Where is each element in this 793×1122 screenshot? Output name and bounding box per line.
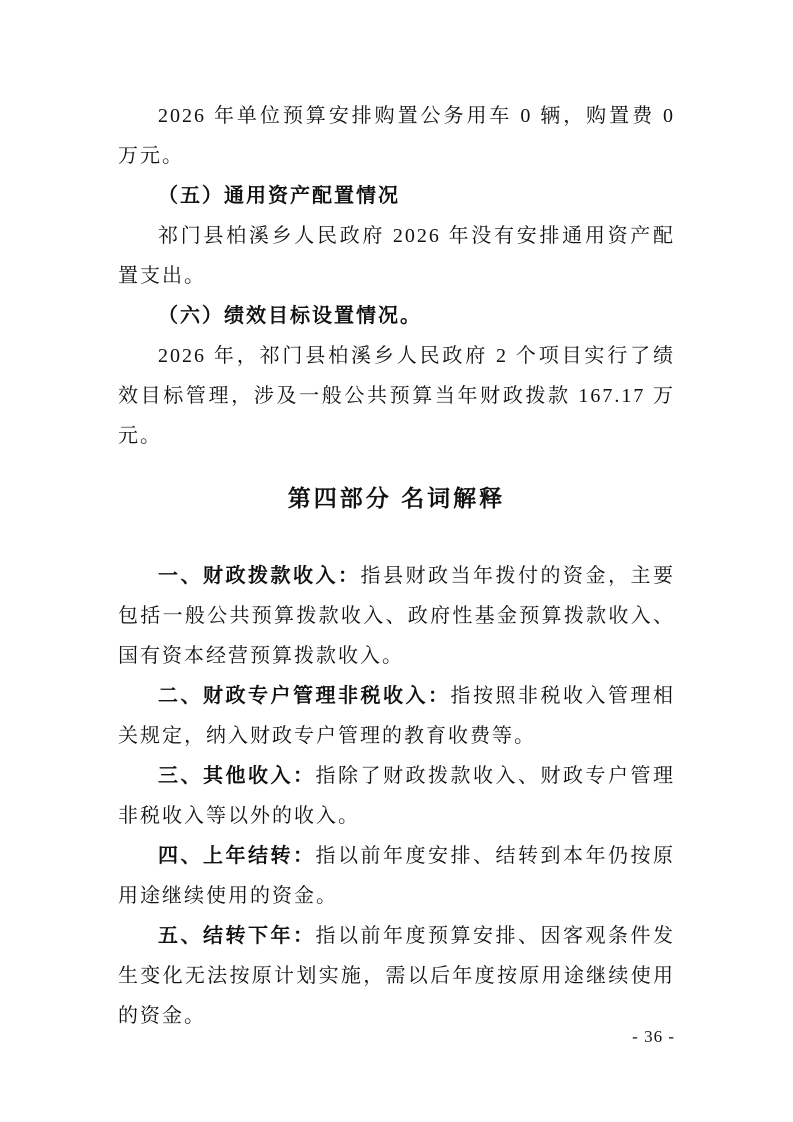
page-footer: - 36 -: [632, 1022, 675, 1052]
paragraph-performance-targets: 2026 年，祁门县柏溪乡人民政府 2 个项目实行了绩效目标管理，涉及一般公共预…: [118, 336, 675, 456]
term-carryover-from-previous-year: 四、上年结转：指以前年度安排、结转到本年仍按原用途继续使用的资金。: [118, 836, 675, 916]
term-other-income: 三、其他收入：指除了财政拨款收入、财政专户管理非税收入等以外的收入。: [118, 756, 675, 836]
term-lead: 一、财政拨款收入：: [158, 565, 361, 587]
page-number: - 36 -: [632, 1027, 675, 1046]
term-carryover-to-next-year: 五、结转下年：指以前年度预算安排、因客观条件发生变化无法按原计划实施，需以后年度…: [118, 916, 675, 1036]
document-page: 2026 年单位预算安排购置公务用车 0 辆，购置费 0 万元。 （五）通用资产…: [0, 0, 793, 1122]
paragraph-vehicle-budget: 2026 年单位预算安排购置公务用车 0 辆，购置费 0 万元。: [118, 96, 675, 176]
paragraph-general-assets: 祁门县柏溪乡人民政府 2026 年没有安排通用资产配置支出。: [118, 216, 675, 296]
term-fiscal-appropriation-income: 一、财政拨款收入：指县财政当年拨付的资金，主要包括一般公共预算拨款收入、政府性基…: [118, 556, 675, 676]
part-4-title: 第四部分 名词解释: [118, 476, 675, 520]
heading-section-6: （六）绩效目标设置情况。: [118, 296, 675, 336]
term-lead: 三、其他收入：: [158, 765, 316, 787]
term-special-account-nontax-income: 二、财政专户管理非税收入：指按照非税收入管理相关规定，纳入财政专户管理的教育收费…: [118, 676, 675, 756]
term-lead: 四、上年结转：: [158, 845, 316, 867]
page-content: 2026 年单位预算安排购置公务用车 0 辆，购置费 0 万元。 （五）通用资产…: [118, 96, 675, 1036]
term-lead: 五、结转下年：: [158, 925, 316, 947]
term-lead: 二、财政专户管理非税收入：: [158, 685, 451, 707]
heading-section-5: （五）通用资产配置情况: [118, 176, 675, 216]
